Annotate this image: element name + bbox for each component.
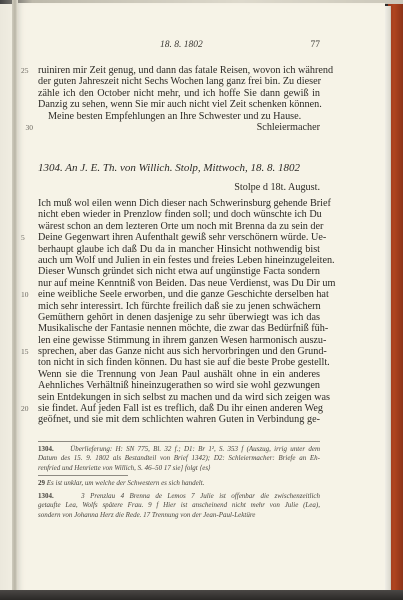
bottom-shadow xyxy=(0,590,403,600)
book-gutter xyxy=(12,0,18,600)
transmission-apparatus: 1304. Überlieferung: H: SN 775, Bl. 32 f… xyxy=(38,445,320,473)
commentary-letter-number: 1304. xyxy=(38,492,54,500)
text-line: mich sehr interessirt. Ich fürchte freil… xyxy=(38,301,321,312)
text-line: sprechen, aber das Ganze nicht aus sich … xyxy=(38,346,327,357)
commentary-apparatus: 1304. 3 Prenzlau 4 Brenna de Lemos 7 Jul… xyxy=(38,492,320,520)
text-line: ton nicht in sich finden können. Du hast… xyxy=(38,357,330,368)
text-line: Meine besten Empfehlungen an Ihre Schwes… xyxy=(48,111,301,122)
commentary-line: sondern von Johanna Herz die Rede. 17 Tr… xyxy=(38,511,320,520)
apparatus-line: Überlieferung: H: SN 775, Bl. 32 f.; D1:… xyxy=(70,445,320,453)
line-number: 25 xyxy=(21,65,33,76)
line-number: 10 xyxy=(21,289,33,300)
text-line: sie findet. Auf jeden Fall ist es trefli… xyxy=(38,403,323,414)
note-29: 29 Es ist unklar, um welche der Schweste… xyxy=(38,479,320,488)
letter-heading: 1304. An J. E. Th. von Willich. Stolp, M… xyxy=(38,162,320,174)
commentary-line: 3 Prenzlau 4 Brenna de Lemos 7 Julie ist… xyxy=(81,492,320,500)
page-number: 77 xyxy=(311,40,321,50)
apparatus-line: renfried und Henriette von Willich, S. 4… xyxy=(38,464,320,473)
text-line: zähle ich den October nicht mehr, und ic… xyxy=(38,88,320,99)
footnote-divider xyxy=(38,441,320,442)
text-line: nicht eben wieder in Prenzlow finden sol… xyxy=(38,209,322,220)
text-line: Gemüthern gehört in denen dasjenige zu s… xyxy=(38,312,320,323)
text-line: geöfnet, und sie mit dem schlichten wahr… xyxy=(38,414,320,425)
line-number: 20 xyxy=(21,403,33,414)
note-number: 29 xyxy=(38,479,45,487)
previous-letter-ending: 25ruiniren mir Zeit genug, und dann das … xyxy=(38,65,320,133)
running-head-date: 18. 8. 1802 xyxy=(160,40,203,50)
text-line: Dieser Wunsch gründet sich nicht etwa au… xyxy=(38,266,320,277)
text-line: berhaupt glaube ich daß Du da in mancher… xyxy=(38,244,320,255)
text-line: Wenn sie die Trennung von Jean Paul aush… xyxy=(38,369,320,380)
text-line: auch um Wolf und Julien in ein festes un… xyxy=(38,255,335,266)
text-line: der guten Jahreszeit nicht Sechs Wochen … xyxy=(38,76,321,87)
note-text: Es ist unklar, um welche der Schwestern … xyxy=(47,479,205,487)
text-line: sein Entdekungen in sich selbst zu mache… xyxy=(38,392,330,403)
text-line: Ich muß wol eilen wenn Dich dieser nach … xyxy=(38,198,331,209)
text-line: wärest schon an dem lezteren Orte um noc… xyxy=(38,221,323,232)
text-line: Aehnliches Verhältniß hineinzugerathen s… xyxy=(38,380,320,391)
dateline: Stolpe d 18t. August. xyxy=(234,182,320,193)
text-line: ruiniren mir Zeit genug, und dann das fa… xyxy=(38,65,333,76)
letter-dateline-block: Stolpe d 18t. August. xyxy=(38,182,320,193)
running-head: 18. 8. 1802 77 xyxy=(40,40,320,54)
text-line: Deine Gegenwart ihren Aufenthalt gewiß s… xyxy=(38,232,326,243)
signature: Schleiermacher xyxy=(257,122,320,133)
text-line: nur auf meine Kenntniß von Beiden. Das n… xyxy=(38,278,335,289)
text-line: Danzig zu sehen, wenn Sie mir auch nicht… xyxy=(38,99,322,110)
commentary-line: getaufte Lea, Wolfs spätere Frau. 9 f Hi… xyxy=(38,501,320,510)
letter-body: Ich muß wol eilen wenn Dich dieser nach … xyxy=(38,198,320,437)
apparatus-letter-number: 1304. xyxy=(38,445,54,453)
text-line: len eine gewisse Stimmung in ihrem ganze… xyxy=(38,335,326,346)
line-number: 30 xyxy=(21,122,33,133)
line-number: 5 xyxy=(21,232,33,243)
line-number: 15 xyxy=(21,346,33,357)
footnote-short-divider xyxy=(38,475,128,476)
text-line: eine weibliche Seele erworben, und die g… xyxy=(38,289,329,300)
text-line: Musikalische der Fantasie nennen möchte,… xyxy=(38,323,328,334)
apparatus-line: Datum des 15. 9. 1802 als Bestandteil vo… xyxy=(38,454,320,463)
